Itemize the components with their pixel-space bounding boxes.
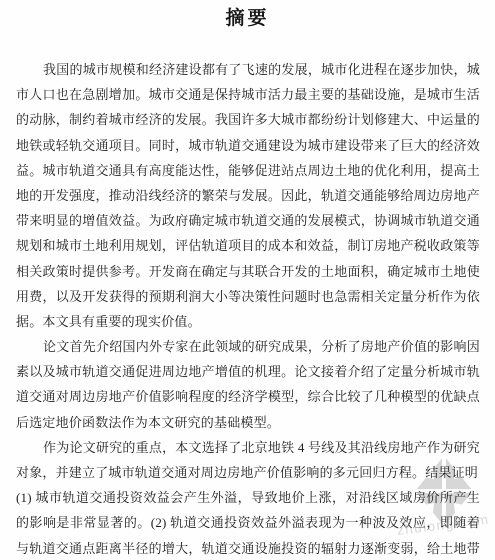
text-line: 益。城市轨道交通具有高度能达性，能够促进站点周边土地的优化利用，提高土 <box>16 158 480 183</box>
text-line: 地的开发强度，推动沿线经济的繁荣与发展。因此，轨道交通能够给周边房地产 <box>16 183 480 208</box>
abstract-body: 我国的城市规模和经济建设都有了飞速的发展，城市化进程在逐步加快，城市人口也在急剧… <box>16 57 480 560</box>
text-line: 论文首先介绍国内外专家在此领域的研究成果，分析了房地产价值的影响因 <box>16 334 480 359</box>
page-title: 摘要 <box>0 3 495 30</box>
text-line: 素以及城市轨道交通促进周边地产增值的机理。论文接着介绍了定量分析城市轨 <box>16 359 480 384</box>
text-line: 后选定地价函数法作为本文研究的基础模型。 <box>16 410 480 435</box>
text-line: 带来明显的增值效益。为政府确定城市轨道交通的发展模式，协调城市轨道交通 <box>16 208 480 233</box>
text-line: 的动脉，制约着城市经济的发展。我国许多大城市都纷纷计划修建大、中运量的 <box>16 107 480 132</box>
paragraph: 论文首先介绍国内外专家在此领域的研究成果，分析了房地产价值的影响因素以及城市轨道… <box>16 334 480 435</box>
text-line: 对象，并建立了城市轨道交通对周边房地产价值影响的多元回归方程。结果证明： <box>16 460 480 485</box>
text-line: 地铁或轻轨交通项目。同时，城市轨道交通建设为城市建设带来了巨大的经济效 <box>16 133 480 158</box>
text-line: 据。本文具有重要的现实价值。 <box>16 309 480 334</box>
text-line: 用费，以及开发获得的预期利润大小等决策性问题时也急需相关定量分析作为依 <box>16 284 480 309</box>
text-line: 的影响是非常显著的。(2) 轨道交通投资效益外溢表现为一种波及效应，即随着 <box>16 510 480 535</box>
text-line: 与轨道交通点距离半径的增大，轨道交通设施投资的辐射力逐渐变弱，给土地带 <box>16 536 480 560</box>
paragraph: 我国的城市规模和经济建设都有了飞速的发展，城市化进程在逐步加快，城市人口也在急剧… <box>16 57 480 334</box>
text-line: 规划和城市土地利用规划，评估轨道项目的成本和效益，制订房地产税收政策等 <box>16 233 480 258</box>
text-line: 市人口也在急剧增加。城市交通是保持城市活力最主要的基础设施，是城市生活 <box>16 82 480 107</box>
abstract-page: zhulong.com 摘要 我国的城市规模和经济建设都有了飞速的发展，城市化进… <box>0 0 495 560</box>
text-line: 道交通对周边房地产价值影响程度的经济学模型，综合比较了几种模型的优缺点 <box>16 384 480 409</box>
paragraph: 作为论文研究的重点，本文选择了北京地铁 4 号线及其沿线房地产作为研究对象，并建… <box>16 435 480 560</box>
text-line: 相关政策时提供参考。开发商在确定与其联合开发的土地面积，确定城市土地使 <box>16 259 480 284</box>
text-line: 作为论文研究的重点，本文选择了北京地铁 4 号线及其沿线房地产作为研究 <box>16 435 480 460</box>
text-line: 我国的城市规模和经济建设都有了飞速的发展，城市化进程在逐步加快，城 <box>16 57 480 82</box>
text-line: (1) 城市轨道交通投资效益会产生外溢，导致地价上涨，对沿线区域房价所产生 <box>16 485 480 510</box>
